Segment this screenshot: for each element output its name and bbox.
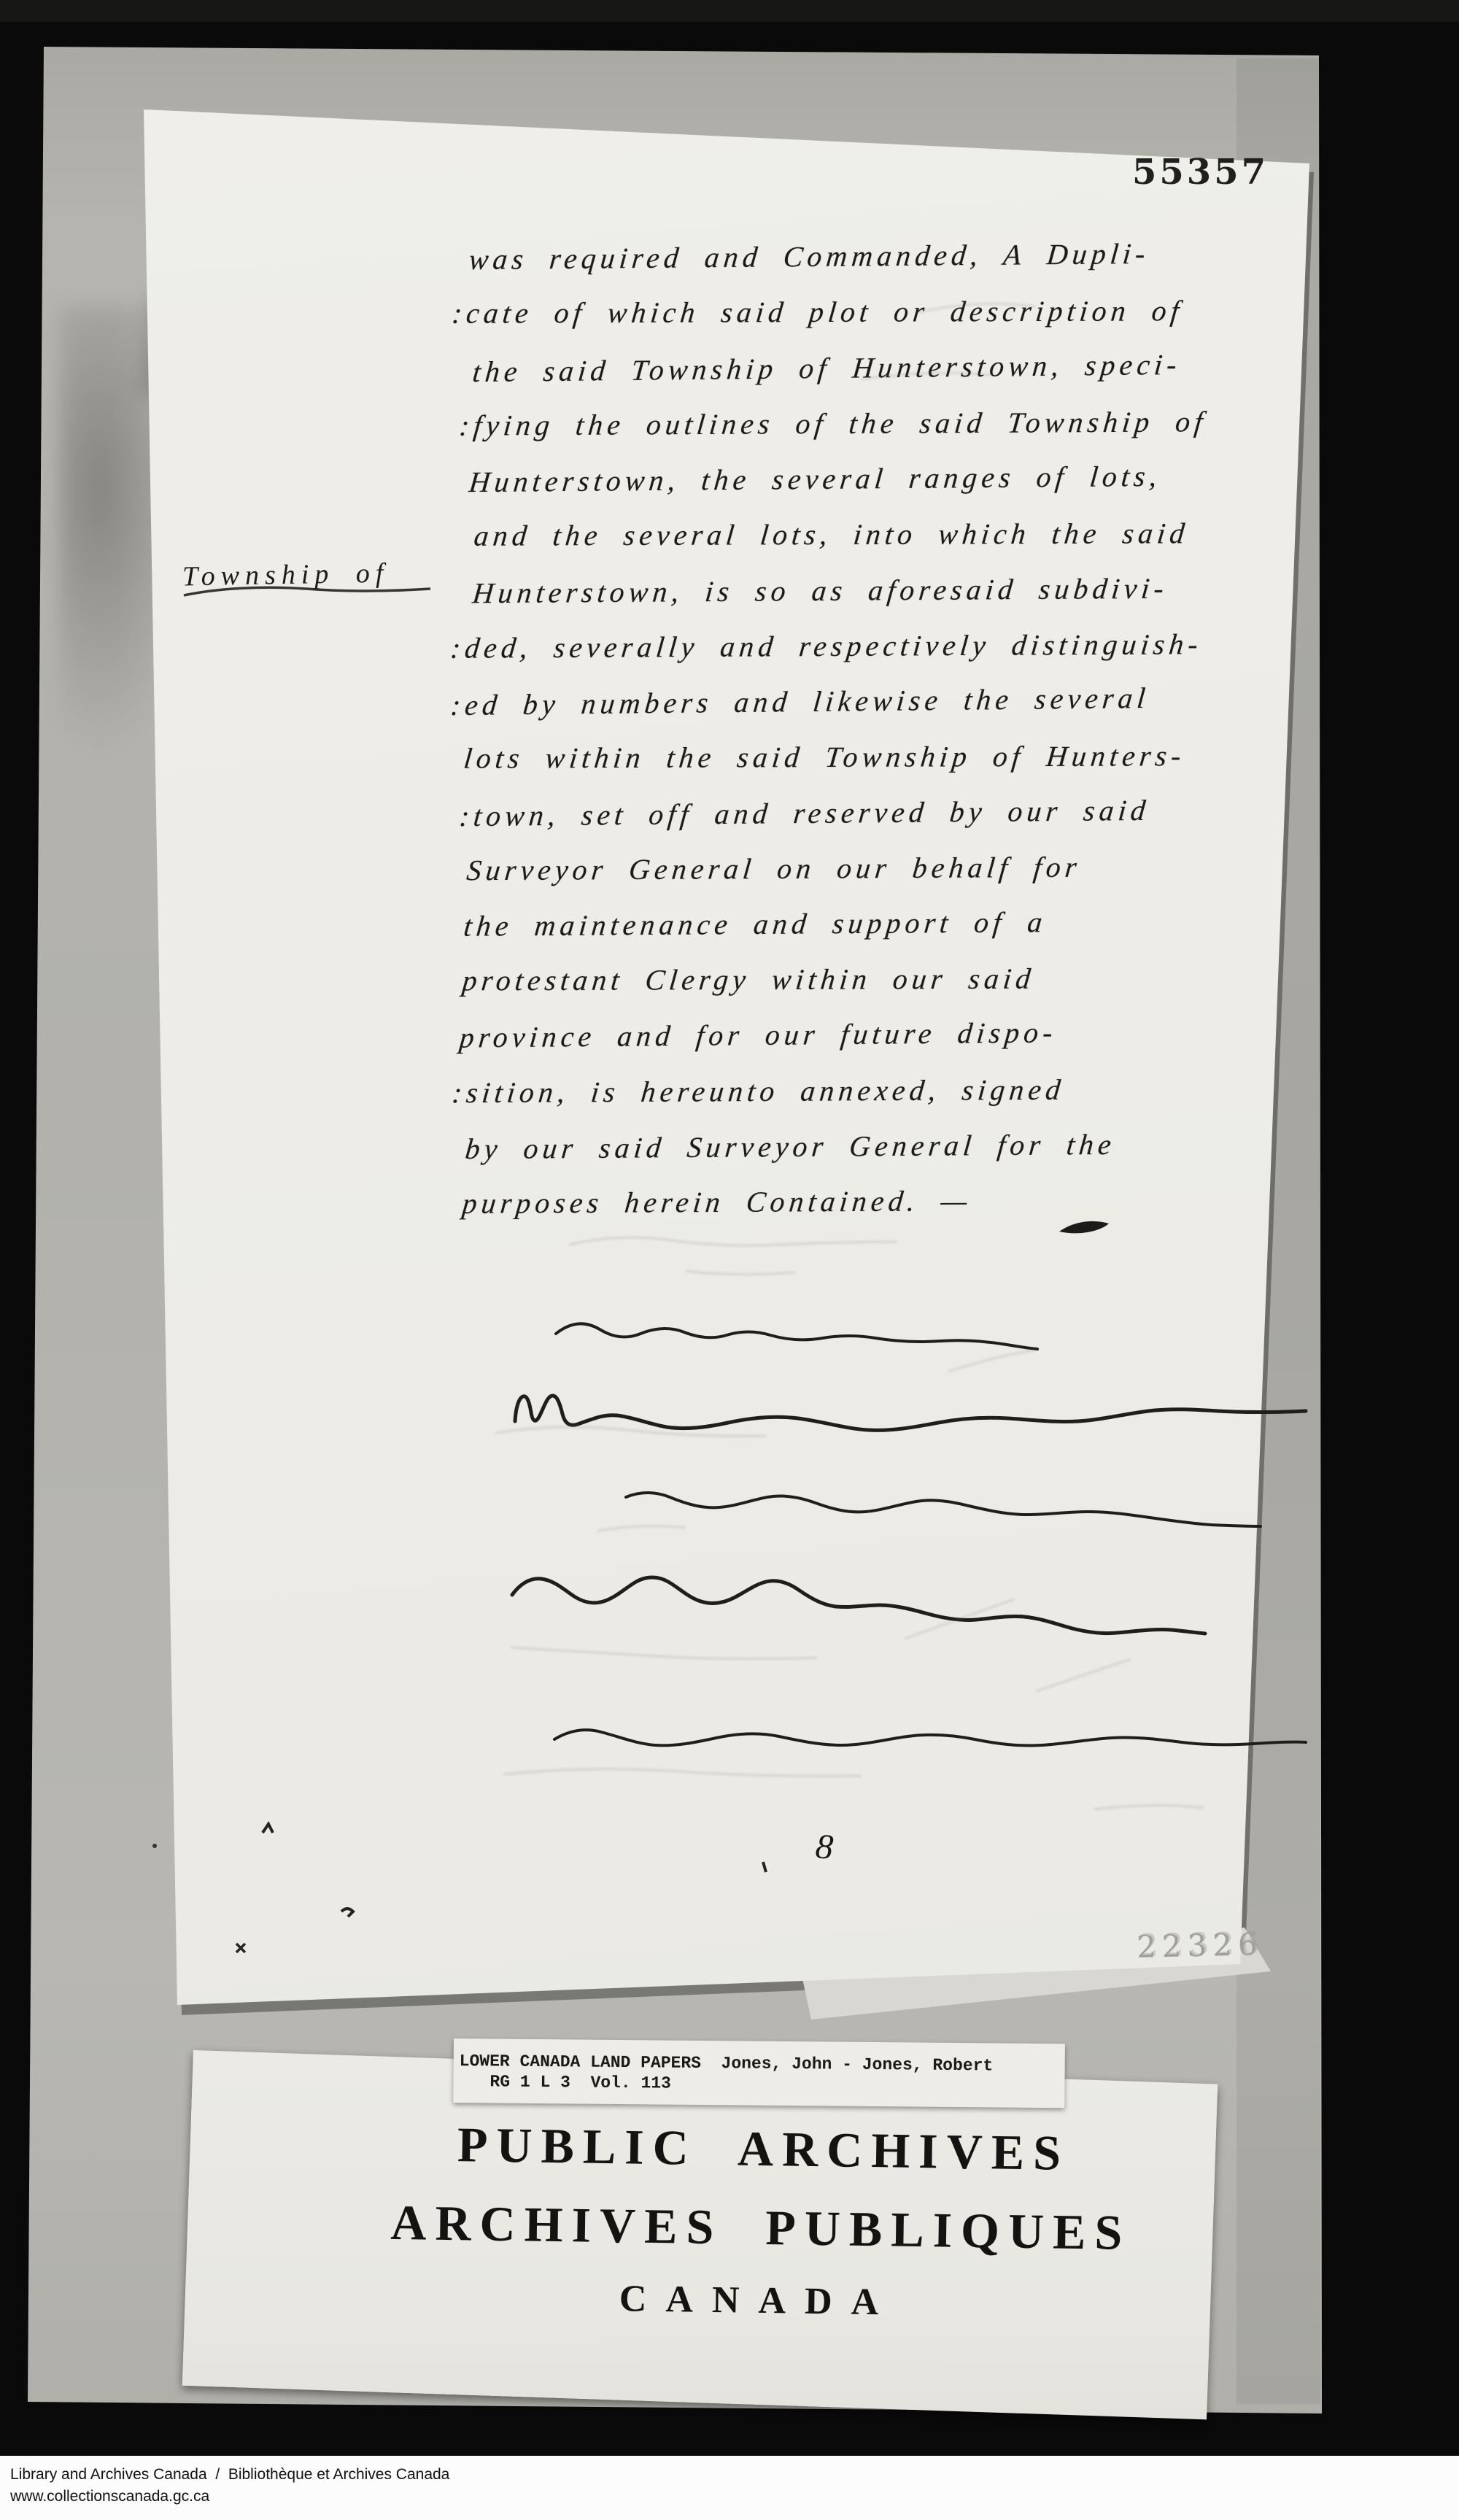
- archives-stamp-line-2: ARCHIVES PUBLIQUES: [309, 2192, 1213, 2262]
- footer-url: www.collectionscanada.gc.ca: [10, 2488, 209, 2505]
- reference-label-line-2: RG 1 L 3 Vol. 113: [489, 2072, 671, 2092]
- footer-bar: Library and Archives Canada / Bibliothèq…: [0, 2456, 1459, 2520]
- manuscript-line-7: Hunterstown, is so as aforesaid subdivi-: [471, 571, 1170, 611]
- manuscript-line-15: province and for our future dispo-: [458, 1015, 1059, 1054]
- manuscript-line-1: was required and Commanded, A Dupli-: [468, 236, 1151, 277]
- manuscript-line-11: :town, set off and reserved by our said: [458, 793, 1152, 833]
- manuscript-line-9: :ed by numbers and likewise the several: [449, 681, 1151, 722]
- archives-stamp-line-1: PUBLIC ARCHIVES: [311, 2114, 1215, 2184]
- page-number: 8: [814, 1826, 835, 1868]
- manuscript-line-16: :sition, is hereunto annexed, signed: [451, 1072, 1067, 1110]
- manuscript-line-13: the maintenance and support of a: [463, 905, 1048, 943]
- manuscript-line-18: purposes herein Contained. —: [461, 1183, 973, 1221]
- archives-stamp-line-3: CANADA: [306, 2273, 1211, 2328]
- reference-label-line-1: LOWER CANADA LAND PAPERS Jones, John - J…: [460, 2052, 994, 2075]
- manuscript-line-2: :cate of which said plot or description …: [451, 293, 1185, 331]
- marginal-note: Township of: [182, 557, 390, 593]
- manuscript-line-8: :ded, severally and respectively disting…: [449, 627, 1204, 665]
- manuscript-line-12: Surveyor General on our behalf for: [465, 850, 1083, 887]
- faint-control-number: 22326: [1137, 1926, 1264, 1965]
- reference-label-card: LOWER CANADA LAND PAPERS Jones, John - J…: [453, 2038, 1065, 2108]
- film-edge-strip: [0, 0, 1459, 22]
- manuscript-line-17: by our said Surveyor General for the: [464, 1127, 1118, 1166]
- manuscript-line-4: :fying the outlines of the said Township…: [458, 404, 1209, 442]
- manuscript-line-10: lots within the said Township of Hunters…: [463, 738, 1187, 775]
- footer-institution: Library and Archives Canada / Bibliothèq…: [10, 2466, 449, 2484]
- manuscript-line-14: protestant Clergy within our said: [461, 962, 1037, 998]
- manuscript-line-5: Hunterstown, the several ranges of lots,: [468, 459, 1163, 499]
- archival-scan-root: 55357 Township of was required and Comma…: [0, 0, 1459, 2520]
- archive-copy-number: 55357: [1132, 152, 1269, 193]
- manuscript-line-6: and the several lots, into which the sai…: [473, 516, 1191, 552]
